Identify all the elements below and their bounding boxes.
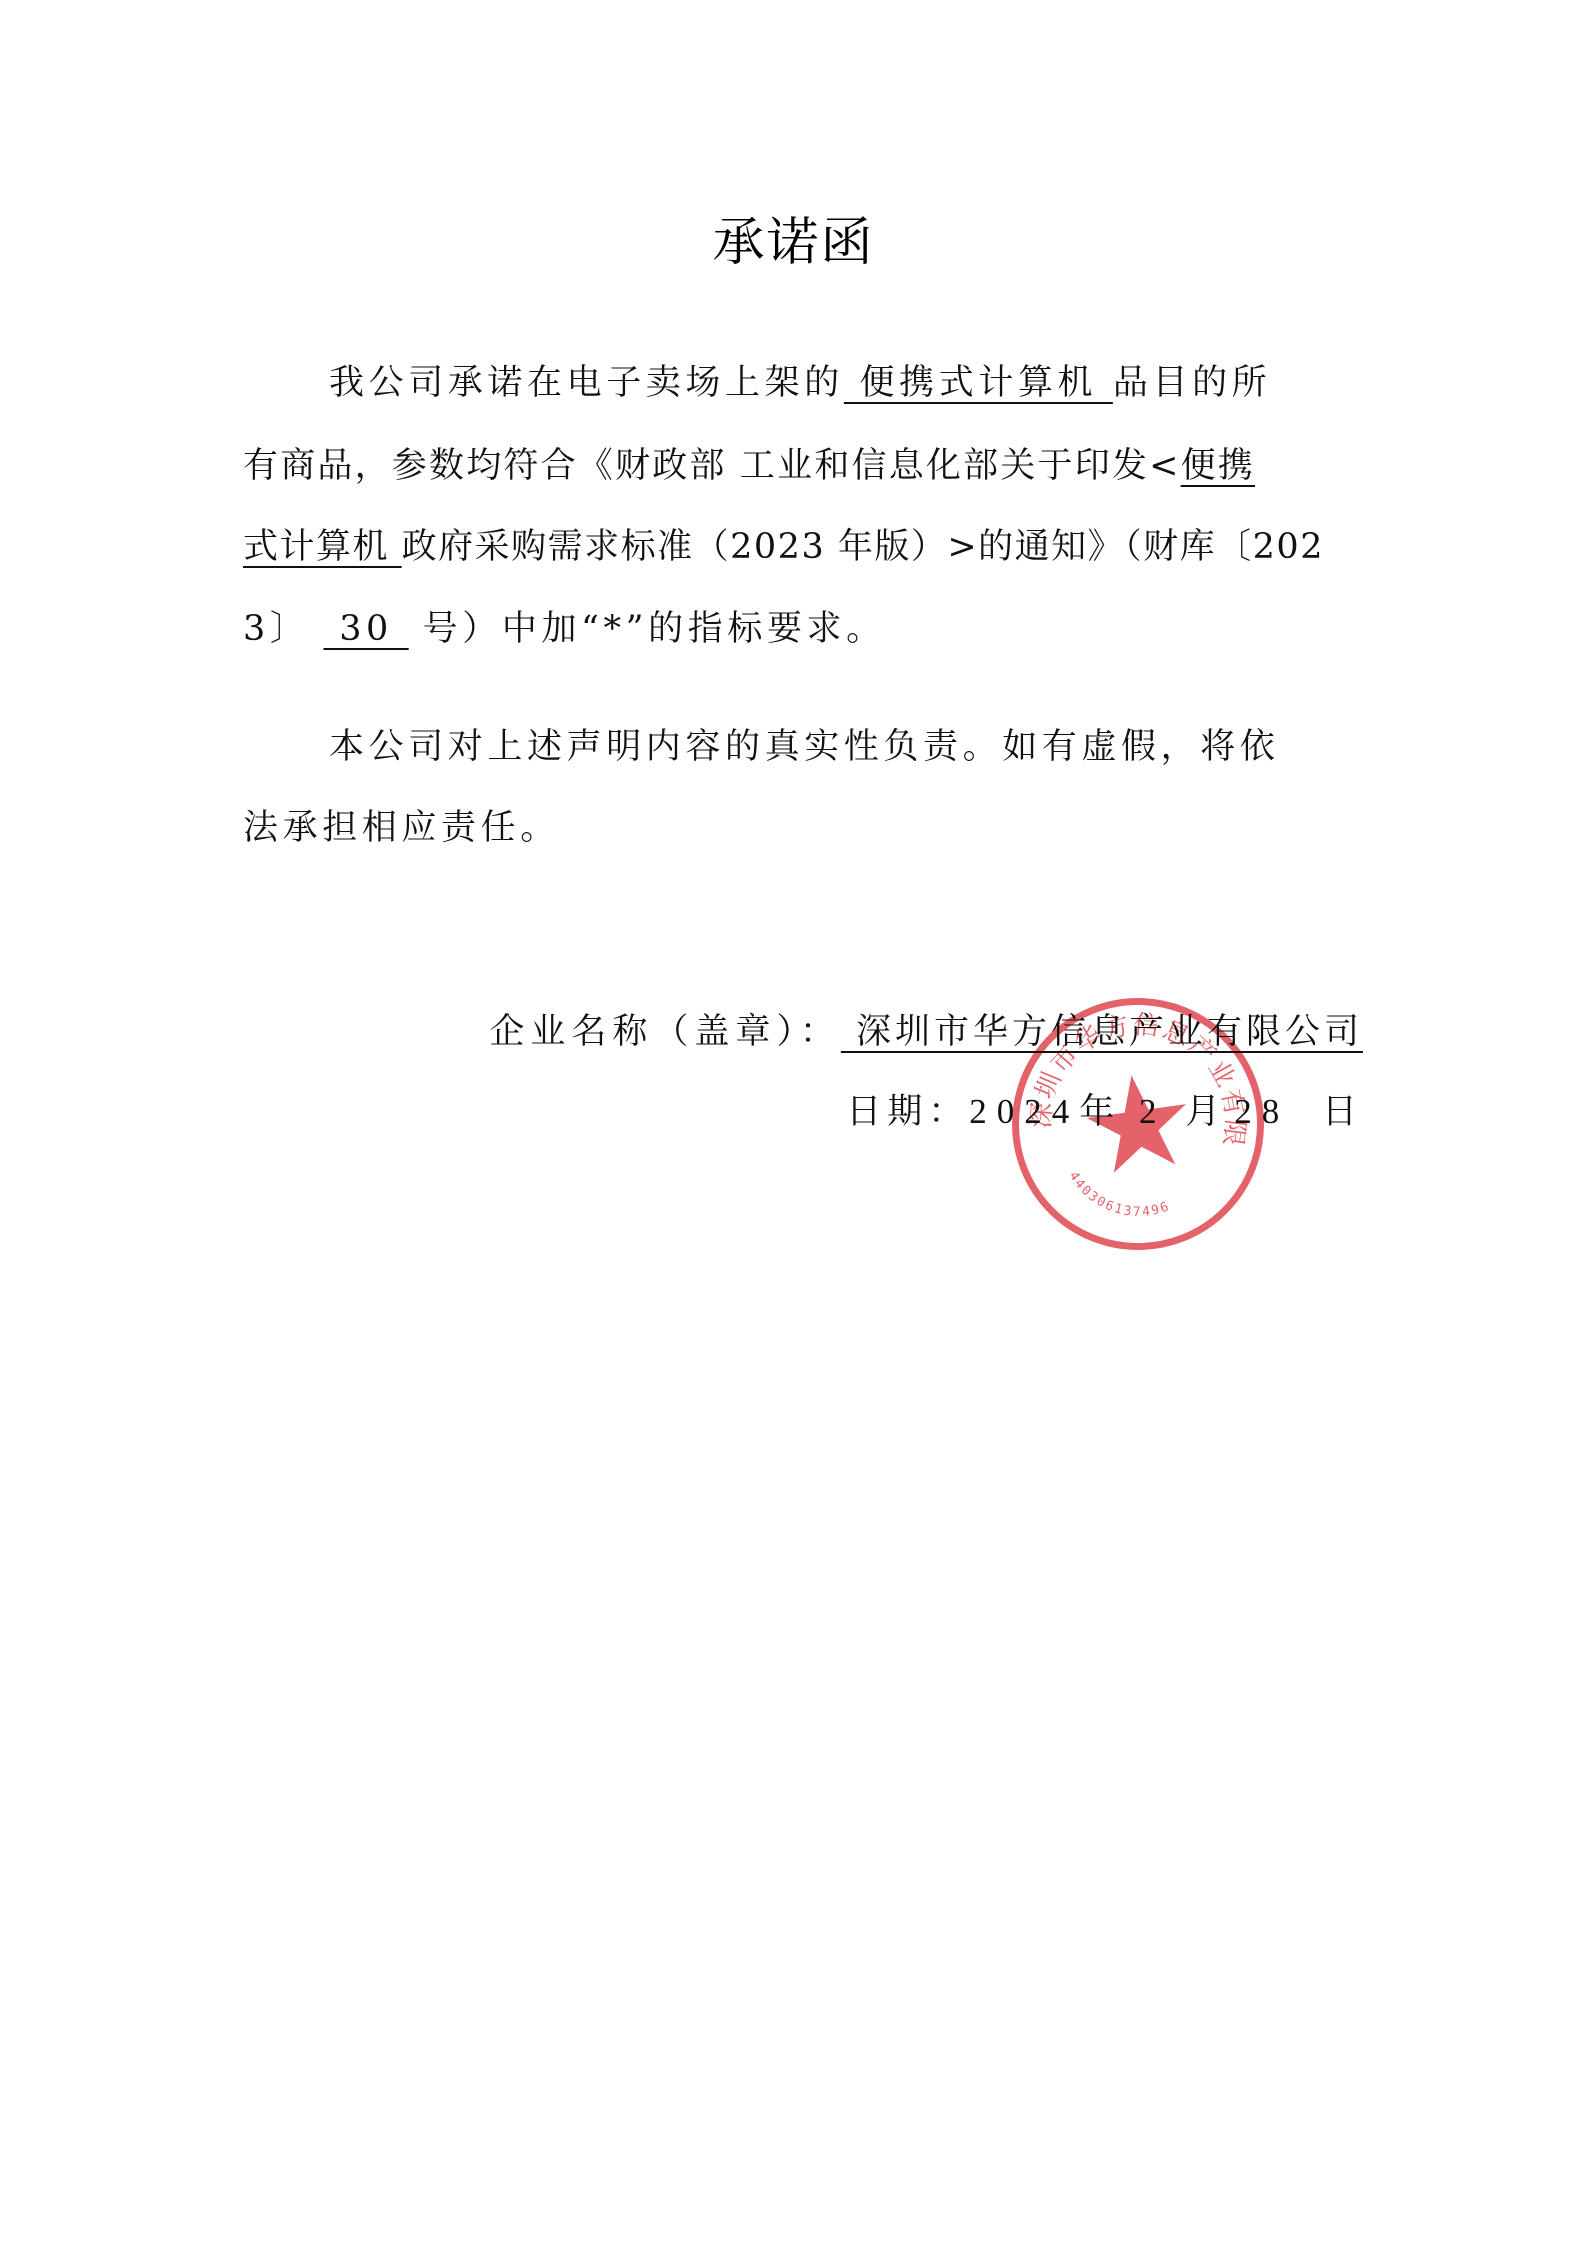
- document-title: 承诺函: [0, 200, 1587, 275]
- company-label: 企业名称（盖章）：: [489, 1012, 841, 1052]
- text: 政府采购需求标准（2023 年版）>的通知》（财库〔202: [402, 527, 1324, 567]
- text: 月: [1185, 1092, 1226, 1132]
- paragraph2-line2: 法承担相应责任。: [243, 806, 1363, 850]
- paragraph1-line2: 有商品，参数均符合《财政部 工业和信息化部关于印发<便携: [243, 444, 1363, 488]
- paragraph1-line3: 式计算机 政府采购需求标准（2023 年版）>的通知》（财库〔202: [243, 525, 1363, 569]
- text: 年: [1079, 1092, 1120, 1132]
- text: 日: [1308, 1092, 1363, 1132]
- date-label: 日期：: [846, 1092, 969, 1132]
- product-category-part1: 便携: [1181, 446, 1255, 486]
- company-name: 深圳市华方信息产业有限公司: [841, 1012, 1363, 1052]
- paragraph1-line4: 3〕 30 号）中加“*”的指标要求。: [243, 607, 1363, 651]
- date-day: 28: [1226, 1092, 1308, 1131]
- text: 有商品，参数均符合《财政部 工业和信息化部关于印发<: [243, 446, 1181, 486]
- document-number: 30: [309, 609, 422, 649]
- text: 我公司承诺在电子卖场上架的: [329, 363, 844, 403]
- company-signature-line: 企业名称（盖章）： 深圳市华方信息产业有限公司: [489, 1010, 1363, 1054]
- product-category: 便携式计算机: [844, 363, 1113, 403]
- paragraph2-line1: 本公司对上述声明内容的真实性负责。如有虚假，将依: [243, 725, 1363, 769]
- text: 品目的所: [1113, 363, 1271, 403]
- date-month: 2: [1120, 1092, 1185, 1131]
- date-line: 日期：2024年 2 月28 日: [846, 1090, 1363, 1134]
- text: 号）中加“*”的指标要求。: [423, 609, 886, 649]
- text: 3〕: [243, 609, 309, 649]
- product-category-part2: 式计算机: [243, 527, 402, 567]
- date-year: 2024: [969, 1092, 1079, 1131]
- paragraph1-line1: 我公司承诺在电子卖场上架的 便携式计算机 品目的所: [243, 361, 1363, 405]
